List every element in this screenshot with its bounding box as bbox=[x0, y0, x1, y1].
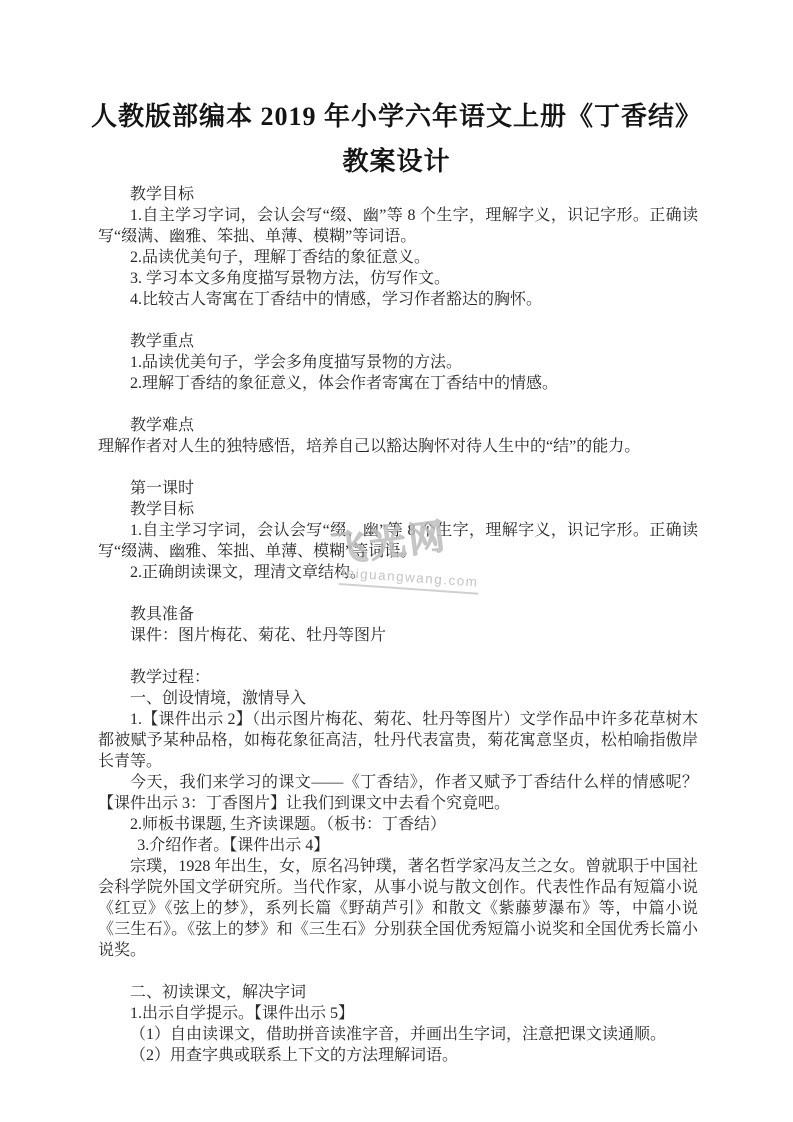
paragraph: 第一课时 bbox=[98, 478, 698, 499]
paragraph: 1.【课件出示 2】（出示图片梅花、菊花、牡丹等图片）文学作品中许多花草树木都被… bbox=[98, 709, 698, 772]
document-page: 人教版部编本 2019 年小学六年语文上册《丁香结》 教案设计 教学目标1.自主… bbox=[0, 0, 793, 1122]
paragraph: （1）自由读课文，借助拼音读准字音，并画出生字词，注意把课文读通顺。 bbox=[98, 1024, 698, 1045]
paragraph: 2.正确朗读课文，理清文章结构。 bbox=[98, 562, 698, 583]
paragraph: （2）用查字典或联系上下文的方法理解词语。 bbox=[98, 1045, 698, 1066]
paragraph: 1.自主学习字词，会认会写“缀、幽”等 8 个生字，理解字义，识记字形。正确读写… bbox=[98, 205, 698, 247]
paragraph: 课件：图片梅花、菊花、牡丹等图片 bbox=[98, 625, 698, 646]
paragraph: 2.理解丁香结的象征意义，体会作者寄寓在丁香结中的情感。 bbox=[98, 373, 698, 394]
blank-line bbox=[98, 961, 698, 982]
document-title: 人教版部编本 2019 年小学六年语文上册《丁香结》 教案设计 bbox=[0, 0, 793, 184]
paragraph: 1.自主学习字词，会认会写“缀、幽”等 8 个生字，理解字义，识记字形。正确读写… bbox=[98, 520, 698, 562]
paragraph: 3.介绍作者。【课件出示 4】 bbox=[98, 835, 698, 856]
blank-line bbox=[98, 583, 698, 604]
paragraph: 一、创设情境，激情导入 bbox=[98, 688, 698, 709]
paragraph: 教学过程： bbox=[98, 667, 698, 688]
paragraph: 教学目标 bbox=[98, 184, 698, 205]
paragraph: 1.品读优美句子，学会多角度描写景物的方法。 bbox=[98, 352, 698, 373]
blank-line bbox=[98, 310, 698, 331]
paragraph: 教学重点 bbox=[98, 331, 698, 352]
title-line-2: 教案设计 bbox=[342, 147, 450, 176]
paragraph: 二、初读课文，解决字词 bbox=[98, 982, 698, 1003]
paragraph: 2.师板书课题, 生齐读课题。（板书：丁香结） bbox=[98, 814, 698, 835]
paragraph: 教学目标 bbox=[98, 499, 698, 520]
paragraph: 宗璞，1928 年出生，女，原名冯钟璞，著名哲学家冯友兰之女。曾就职于中国社会科… bbox=[98, 856, 698, 961]
paragraph: 4.比较古人寄寓在丁香结中的情感，学习作者豁达的胸怀。 bbox=[98, 289, 698, 310]
blank-line bbox=[98, 457, 698, 478]
blank-line bbox=[98, 394, 698, 415]
paragraph: 教具准备 bbox=[98, 604, 698, 625]
title-line-1: 人教版部编本 2019 年小学六年语文上册《丁香结》 bbox=[91, 102, 702, 131]
paragraph: 1.出示自学提示。【课件出示 5】 bbox=[98, 1003, 698, 1024]
paragraph: 今天，我们来学习的课文——《丁香结》，作者又赋予丁香结什么样的情感呢？【课件出示… bbox=[98, 772, 698, 814]
paragraph: 2.品读优美句子，理解丁香结的象征意义。 bbox=[98, 247, 698, 268]
blank-line bbox=[98, 646, 698, 667]
paragraph: 理解作者对人生的独特感悟，培养自己以豁达胸怀对待人生中的“结”的能力。 bbox=[98, 436, 698, 457]
paragraph: 3. 学习本文多角度描写景物方法，仿写作文。 bbox=[98, 268, 698, 289]
paragraph: 教学难点 bbox=[98, 415, 698, 436]
document-body: 教学目标1.自主学习字词，会认会写“缀、幽”等 8 个生字，理解字义，识记字形。… bbox=[0, 184, 793, 1066]
